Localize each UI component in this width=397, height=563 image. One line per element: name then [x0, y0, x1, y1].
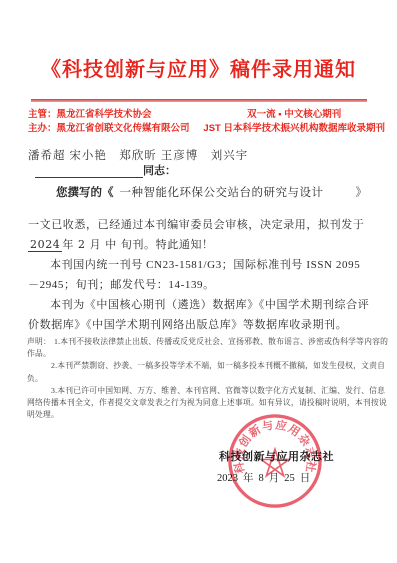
supervisor-line: 主管：黑龙江省科学技术协会 [28, 108, 190, 122]
signature-date: 2023年8月25日 [217, 470, 310, 485]
database-paragraph: 本刊为《中国核心期刊（遴选）数据库》《中国学术期刊综合评价数据库》《中国学术期刊… [28, 295, 371, 335]
signature-organization: 科技创新与应用杂志社 [219, 448, 334, 464]
issue-number-paragraph: 本刊国内统一刊号 CN23-1581/G3；国际标准刊号 ISSN 2095－2… [28, 255, 371, 295]
stamp-curved-text: 科技创新与应用杂志社 [231, 417, 319, 475]
salutation-prefix: 您撰写的《 [56, 184, 114, 200]
masthead-right: 双一流 • 中文核心期刊 JST 日本科学技术振兴机构数据库收录期刊 [203, 108, 385, 135]
date-day: 25 [284, 473, 295, 484]
salutation-suffix: 》 [356, 184, 368, 200]
page-title: 《科技创新与应用》稿件录用通知 [0, 53, 397, 82]
salutation-line: 您撰写的《 一种智能化环保公交站台的研究与设计 》 [56, 184, 367, 200]
date-month: 8 [259, 473, 264, 484]
publish-period-value: 中 [101, 238, 121, 251]
statement-line-1: 声明：1.本刊不接收法律禁止出版、传播或反党反社会、宣扬邪教、散布谣言、涉密或伪… [27, 336, 389, 360]
statement-block: 声明：1.本刊不接收法律禁止出版、传播或反党反社会、宣扬邪教、散布谣言、涉密或伪… [27, 336, 389, 421]
year-unit: 年 [62, 239, 74, 251]
date-month-unit: 月 [269, 473, 280, 484]
comrade-line: 同志： [35, 162, 176, 178]
title-divider-rule [31, 99, 367, 102]
paper-title: 一种智能化环保公交站台的研究与设计 [114, 184, 356, 200]
organizer-line: 主办：黑龙江省创联文化传媒有限公司 [28, 122, 190, 136]
publish-year-value: 2024 [28, 238, 62, 252]
publish-month-value: 2 [74, 238, 90, 251]
acceptance-text-post: 旬刊。特此通知！ [121, 239, 214, 251]
journal-badge-jst: JST 日本科学技术振兴机构数据库收录期刊 [203, 122, 385, 136]
statement-item-1: 1.本刊不接收法律禁止出版、传播或反党反社会、宣扬邪教、散布谣言、涉密或伪科学等… [27, 337, 388, 358]
comrade-label: 同志： [143, 165, 176, 177]
month-unit: 月 [90, 239, 102, 251]
svg-text:科技创新与应用杂志社: 科技创新与应用杂志社 [231, 417, 319, 475]
date-day-unit: 日 [300, 473, 311, 484]
acceptance-notice-document: 《科技创新与应用》稿件录用通知 主管：黑龙江省科学技术协会 主办：黑龙江省创联文… [0, 0, 397, 563]
masthead-left: 主管：黑龙江省科学技术协会 主办：黑龙江省创联文化传媒有限公司 [28, 108, 190, 135]
statement-item-3: 3.本刊已许可中国知网、万方、维普、本刊官网、官微等以数字化方式复制、汇编、发行… [27, 385, 389, 422]
name-blank-underline [35, 164, 143, 178]
acceptance-text-pre: 一文已收悉，已经通过本刊编审委员会审核，决定录用，拟刊发于 [28, 219, 364, 231]
statement-label: 声明： [27, 337, 51, 346]
date-year-unit: 年 [243, 473, 254, 484]
masthead: 主管：黑龙江省科学技术协会 主办：黑龙江省创联文化传媒有限公司 双一流 • 中文… [28, 108, 385, 135]
date-year: 2023 [217, 473, 238, 484]
recipient-authors: 潘希超 宋小艳 郑欣昕 王彦博 刘兴宇 [28, 147, 248, 163]
acceptance-paragraph: 一文已收悉，已经通过本刊编审委员会审核，决定录用，拟刊发于2024年2月中旬刊。… [28, 215, 371, 255]
journal-badge-core: 双一流 • 中文核心期刊 [203, 108, 385, 122]
statement-item-2: 2.本刊严禁剽窃、抄袭、一稿多投等学术不端，如一稿多投本刊概不撤稿，如发生侵权，… [27, 360, 389, 384]
